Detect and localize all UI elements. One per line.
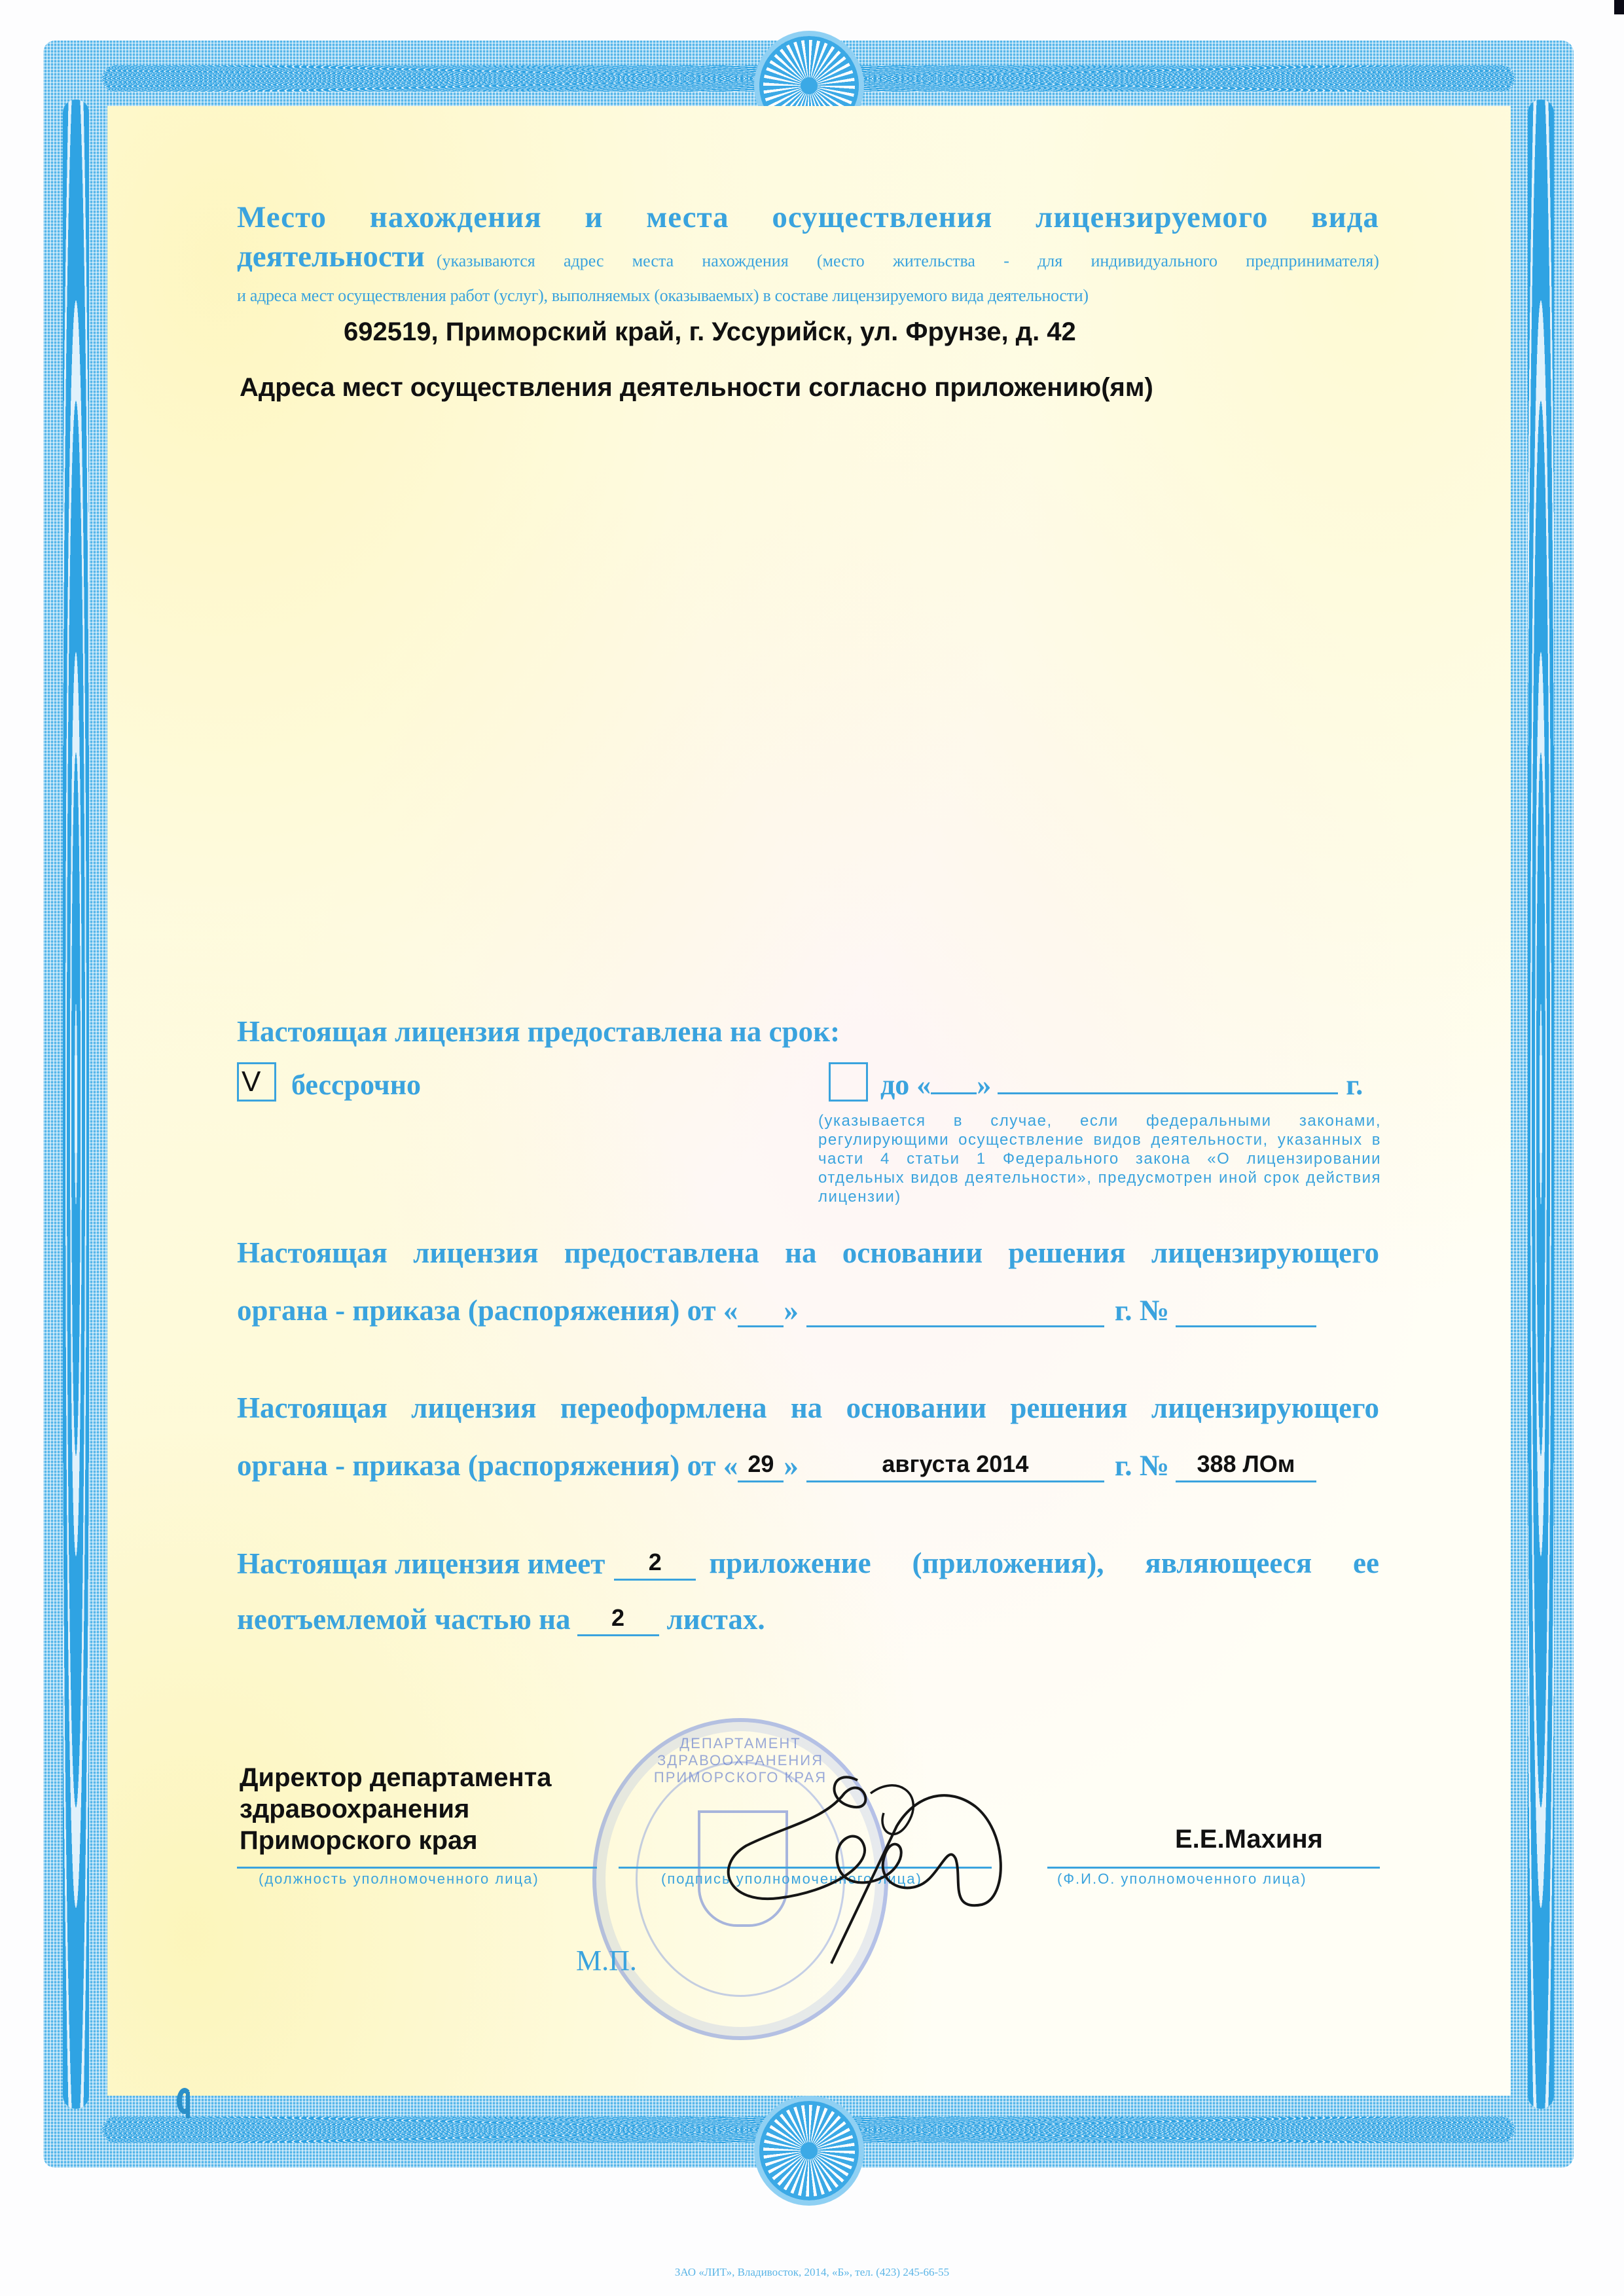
term-unlimited-checkbox[interactable]: V [237, 1062, 276, 1102]
heading-word: Место [237, 200, 327, 235]
term-until-day-field[interactable] [931, 1069, 977, 1094]
reissued-number-field[interactable]: 388 ЛОм [1176, 1448, 1316, 1482]
appendix-word: ее [1353, 1546, 1379, 1581]
handwritten-signature [700, 1754, 1015, 1970]
term-title: Настоящая лицензия предоставлена на срок… [237, 1014, 840, 1049]
granted-number-field[interactable] [1176, 1293, 1316, 1327]
reissued-word: на [791, 1391, 822, 1425]
term-until-date-field[interactable] [998, 1069, 1338, 1094]
granted-quote: » [784, 1293, 799, 1327]
granted-day-field[interactable] [738, 1293, 784, 1327]
reissued-quote: » [784, 1448, 799, 1482]
stamp-place-label: М.П. [576, 1944, 637, 1977]
location-heading-word: деятельности [237, 239, 425, 274]
location-heading-line2: деятельности (указываютсяадресместанахож… [237, 239, 1379, 274]
term-until-year-label: г. [1346, 1069, 1363, 1101]
granted-line2: органа - приказа (распоряжения) от «»г. … [237, 1293, 1320, 1327]
reissued-date-field[interactable]: августа 2014 [806, 1448, 1104, 1482]
term-until-prefix: до « [880, 1069, 931, 1101]
location-heading: Местонахожденияиместаосуществлениялиценз… [237, 200, 1379, 235]
reissued-word: лицензия [411, 1391, 536, 1425]
signatory-name: Е.Е.Махиня [1175, 1825, 1323, 1854]
rosette-bottom-icon [759, 2101, 859, 2200]
appendix-count-label: Настоящая лицензия имеет [237, 1547, 605, 1581]
signatory-position: Директор департамента здравоохранения Пр… [240, 1762, 551, 1856]
heading-word: вида [1311, 200, 1379, 235]
granted-word: лицензирующего [1151, 1236, 1379, 1270]
sheets-suffix: листах. [667, 1602, 765, 1636]
position-caption: (должность уполномоченного лица) [259, 1871, 539, 1888]
reissued-day-field[interactable]: 29 [738, 1448, 784, 1482]
heading-word: лицензируемого [1036, 200, 1268, 235]
hint-word: нахождения [702, 251, 788, 271]
granted-word: решения [1008, 1236, 1125, 1270]
hint-word: - [1003, 251, 1009, 271]
term-until-checkbox[interactable] [829, 1062, 868, 1102]
name-line-rule [1047, 1867, 1380, 1869]
appendix-line1-rest: приложение(приложения),являющеесяее [709, 1546, 1379, 1581]
granted-word: лицензия [413, 1236, 538, 1270]
printer-imprint: ЗАО «ЛИТ», Владивосток, 2014, «Б», тел. … [0, 2266, 1624, 2279]
appendix-line2: неотъемлемой частью на2листах. [237, 1602, 765, 1636]
check-mark-icon: V [242, 1066, 261, 1098]
granted-number-label: г. № [1115, 1293, 1169, 1327]
granted-word: на [785, 1236, 816, 1270]
granted-line1: Настоящаялицензияпредоставленанаосновани… [237, 1236, 1379, 1270]
granted-word: основании [842, 1236, 983, 1270]
appendix-word: приложение [709, 1546, 871, 1581]
granted-order-label: органа - приказа (распоряжения) от « [237, 1293, 738, 1327]
reissued-line1: Настоящаялицензияпереоформленанаосновани… [237, 1391, 1379, 1425]
granted-date-field[interactable] [806, 1293, 1104, 1327]
term-until-quote: » [977, 1069, 991, 1101]
reissued-number-label: г. № [1115, 1448, 1169, 1482]
granted-word: Настоящая [237, 1236, 388, 1270]
border-band-right [1528, 99, 1554, 2109]
licensee-address: 692519, Приморский край, г. Уссурийск, у… [344, 317, 1076, 347]
heading-word: места [646, 200, 729, 235]
term-until-note: (указывается в случае, если федеральными… [818, 1111, 1381, 1206]
hint-word: для [1038, 251, 1062, 271]
heading-word: осуществления [772, 200, 992, 235]
border-band-left [63, 99, 89, 2109]
reissued-word: решения [1010, 1391, 1127, 1425]
hint-word: места [632, 251, 674, 271]
scan-artifact [1614, 0, 1624, 14]
position-line: здравоохранения [240, 1793, 551, 1825]
location-hint: (указываютсяадресместанахождения(местожи… [437, 251, 1379, 271]
position-line: Директор департамента [240, 1762, 551, 1793]
sheet-count-field[interactable]: 2 [577, 1602, 659, 1636]
term-unlimited-label: бессрочно [291, 1068, 421, 1102]
reissued-word: переоформлена [560, 1391, 767, 1425]
appendix-line1: Настоящая лицензия имеет 2 приложение(пр… [237, 1546, 1379, 1581]
hint-word: предпринимателя) [1246, 251, 1379, 271]
activity-addresses-note: Адреса мест осуществления деятельности с… [240, 373, 1153, 403]
hint-word: жительства [893, 251, 975, 271]
reissued-word: Настоящая [237, 1391, 388, 1425]
heading-word: и [585, 200, 603, 235]
hint-word: адрес [564, 251, 604, 271]
reissued-word: лицензирующего [1151, 1391, 1379, 1425]
security-mark-icon [177, 2088, 192, 2114]
heading-word: нахождения [370, 200, 542, 235]
reissued-order-label: органа - приказа (распоряжения) от « [237, 1448, 738, 1482]
name-caption: (Ф.И.О. уполномоченного лица) [1057, 1871, 1307, 1888]
appendix-count-field[interactable]: 2 [614, 1546, 696, 1581]
reissued-line2: органа - приказа (распоряжения) от «29»а… [237, 1448, 1320, 1482]
location-hint-line2: и адреса мест осуществления работ (услуг… [237, 286, 1089, 306]
reissued-word: основании [846, 1391, 986, 1425]
hint-word: (место [817, 251, 865, 271]
sheet-count-label: неотъемлемой частью на [237, 1602, 571, 1636]
appendix-word: являющееся [1145, 1546, 1312, 1581]
hint-word: индивидуального [1091, 251, 1218, 271]
term-until-label: до «»г. [880, 1068, 1363, 1102]
granted-word: предоставлена [564, 1236, 759, 1270]
position-line-rule [237, 1867, 597, 1869]
appendix-word: (приложения), [912, 1546, 1104, 1581]
position-line: Приморского края [240, 1825, 551, 1856]
hint-word: (указываются [437, 251, 535, 271]
